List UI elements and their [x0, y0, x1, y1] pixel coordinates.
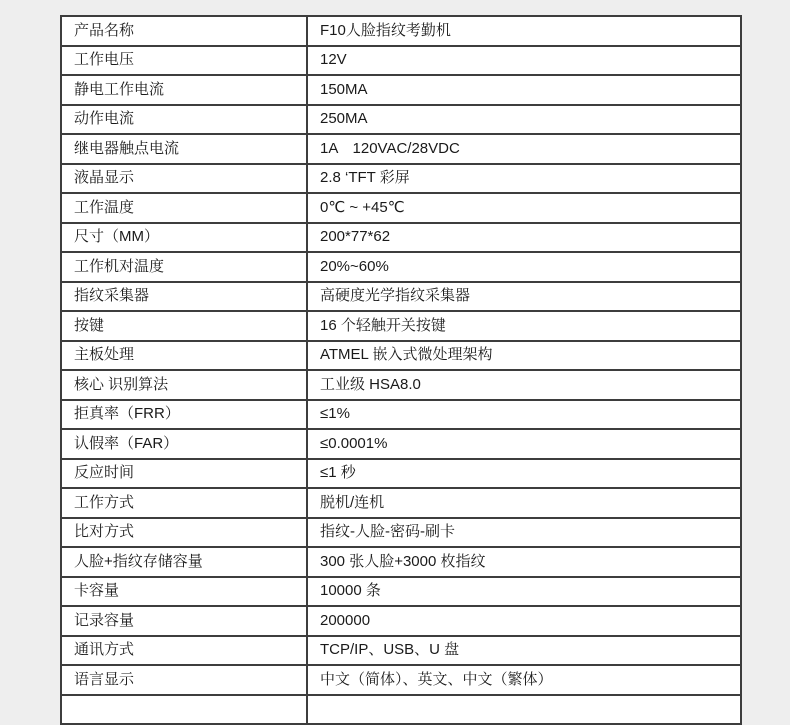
table-row: 工作机对温度 20%~60%: [61, 252, 741, 282]
spec-label: 产品名称: [61, 16, 307, 46]
table-row: 按键 16 个轻触开关按键: [61, 311, 741, 341]
spec-value: 250MA: [307, 105, 741, 135]
table-row: 工作方式 脱机/连机: [61, 488, 741, 518]
page: { "colors": { "page_background": "#eeeee…: [0, 0, 790, 699]
spec-value: ATMEL 嵌入式微处理架构: [307, 341, 741, 371]
spec-value: ≤0.0001%: [307, 429, 741, 459]
table-row: 比对方式 指纹-人脸-密码-刷卡: [61, 518, 741, 548]
spec-value: 12V: [307, 46, 741, 76]
spec-value: 脱机/连机: [307, 488, 741, 518]
spec-label: 卡容量: [61, 577, 307, 607]
spec-label: 静电工作电流: [61, 75, 307, 105]
spec-label: 继电器触点电流: [61, 134, 307, 164]
spec-value: [307, 695, 741, 700]
table-row: 核心 识别算法 工业级 HSA8.0: [61, 370, 741, 400]
spec-label: 尺寸（MM）: [61, 223, 307, 253]
spec-value: 工业级 HSA8.0: [307, 370, 741, 400]
spec-value: 20%~60%: [307, 252, 741, 282]
table-row: 指纹采集器 高硬度光学指纹采集器: [61, 282, 741, 312]
spec-value: 200000: [307, 606, 741, 636]
spec-value: 150MA: [307, 75, 741, 105]
spec-label: 主板处理: [61, 341, 307, 371]
table-row: 语言显示 中文（简体）、英文、中文（繁体）: [61, 665, 741, 695]
spec-value: 2.8 ‘TFT 彩屏: [307, 164, 741, 194]
table-row: 尺寸（MM） 200*77*62: [61, 223, 741, 253]
spec-value: 0℃ ~ +45℃: [307, 193, 741, 223]
table-row: 工作温度 0℃ ~ +45℃: [61, 193, 741, 223]
spec-label: 通讯方式: [61, 636, 307, 666]
spec-label: 工作方式: [61, 488, 307, 518]
table-row: 认假率（FAR） ≤0.0001%: [61, 429, 741, 459]
spec-label: 工作温度: [61, 193, 307, 223]
spec-value: TCP/IP、USB、U 盘: [307, 636, 741, 666]
table-row: 继电器触点电流 1A 120VAC/28VDC: [61, 134, 741, 164]
spec-label: 反应时间: [61, 459, 307, 489]
spec-label: 记录容量: [61, 606, 307, 636]
table-row: 反应时间 ≤1 秒: [61, 459, 741, 489]
spec-label: 指纹采集器: [61, 282, 307, 312]
table-row: 液晶显示 2.8 ‘TFT 彩屏: [61, 164, 741, 194]
spec-value: 200*77*62: [307, 223, 741, 253]
spec-label: 核心 识别算法: [61, 370, 307, 400]
spec-table: 产品名称 F10人脸指纹考勤机 工作电压 12V 静电工作电流 150MA 动作…: [60, 15, 742, 699]
table-row: 动作电流 250MA: [61, 105, 741, 135]
spec-value: F10人脸指纹考勤机: [307, 16, 741, 46]
spec-value: ≤1 秒: [307, 459, 741, 489]
table-row: 记录容量 200000: [61, 606, 741, 636]
spec-value: 1A 120VAC/28VDC: [307, 134, 741, 164]
spec-value: ≤1%: [307, 400, 741, 430]
table-row: 产品名称 F10人脸指纹考勤机: [61, 16, 741, 46]
spec-label: 工作电压: [61, 46, 307, 76]
table-row: 卡容量 10000 条: [61, 577, 741, 607]
spec-label: [61, 695, 307, 700]
table-row: 静电工作电流 150MA: [61, 75, 741, 105]
spec-value: 指纹-人脸-密码-刷卡: [307, 518, 741, 548]
spec-label: 语言显示: [61, 665, 307, 695]
spec-label: 比对方式: [61, 518, 307, 548]
table-row: 通讯方式 TCP/IP、USB、U 盘: [61, 636, 741, 666]
spec-value: 高硬度光学指纹采集器: [307, 282, 741, 312]
table-row-clipped: [61, 695, 741, 700]
spec-label: 认假率（FAR）: [61, 429, 307, 459]
spec-label: 人脸+指纹存储容量: [61, 547, 307, 577]
table-row: 人脸+指纹存储容量 300 张人脸+3000 枚指纹: [61, 547, 741, 577]
spec-label: 动作电流: [61, 105, 307, 135]
table-row: 拒真率（FRR） ≤1%: [61, 400, 741, 430]
spec-label: 工作机对温度: [61, 252, 307, 282]
spec-label: 液晶显示: [61, 164, 307, 194]
table-row: 主板处理 ATMEL 嵌入式微处理架构: [61, 341, 741, 371]
spec-value: 16 个轻触开关按键: [307, 311, 741, 341]
spec-value: 300 张人脸+3000 枚指纹: [307, 547, 741, 577]
spec-value: 10000 条: [307, 577, 741, 607]
spec-label: 拒真率（FRR）: [61, 400, 307, 430]
table-row: 工作电压 12V: [61, 46, 741, 76]
spec-label: 按键: [61, 311, 307, 341]
spec-value: 中文（简体）、英文、中文（繁体）: [307, 665, 741, 695]
